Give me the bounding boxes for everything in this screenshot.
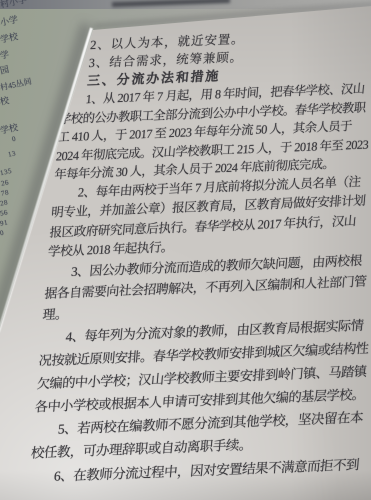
- photo-of-document: 村小学 小学 学校 学 园 村45丛间 校 学校 0 13 135 26 78 …: [0, 0, 371, 500]
- underlay-text-fragment: 园: [0, 64, 10, 76]
- underlay-number-fragment: 91: [0, 218, 9, 227]
- paragraph: 3、因公办教师分流而造成的教师欠缺问题，由两校根 据各自需要向社会招聘解决，不再…: [42, 251, 347, 326]
- paragraph: 2、每年由两校于当年 7 月底前将拟分流人员名单（注 明专业，并加盖公章）报区教…: [47, 173, 353, 263]
- underlay-number-fragment: 13: [7, 149, 16, 158]
- underlay-number-fragment: 56: [0, 208, 9, 217]
- underlay-text-fragment: 校: [0, 95, 10, 107]
- underlay-number-fragment: 26: [0, 178, 9, 187]
- paragraph: 4、每年列为分流对象的教师，由区教育局根据实际情 况按就近原则安排。春华学校教师…: [34, 315, 342, 419]
- underlay-text-fragment: 学: [0, 49, 10, 61]
- document-text: 2、以人为本，就近安置。 3、结合需求，统筹兼顾。 三、分流办法和措施 1、从 …: [28, 25, 366, 489]
- paragraph: 1、从 2017 年 7 月起，用 8 年时间，把春华学校、汉山 学校的公办教职…: [54, 80, 362, 185]
- underlay-number-fragment: 78: [0, 188, 9, 197]
- underlay-number-fragment: 28: [0, 198, 9, 207]
